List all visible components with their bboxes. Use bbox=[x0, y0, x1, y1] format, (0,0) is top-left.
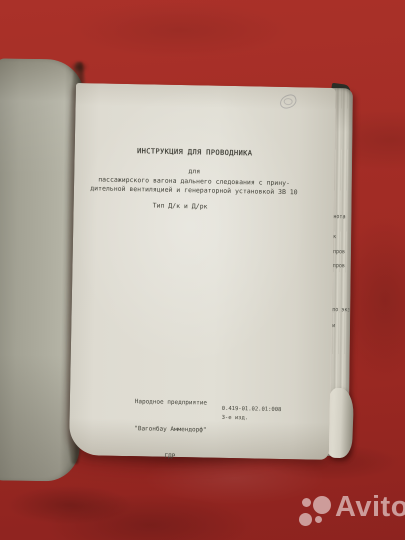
edge-text-fragment: и bbox=[332, 324, 349, 330]
photo-book-on-red-fabric: нота к пров пров по экз и ИНСТРУКЦИЯ ДЛЯ… bbox=[0, 0, 405, 540]
publisher-block: Народное предприятие "Вагонбау Аммендорф… bbox=[106, 379, 234, 480]
book-title-page: ИНСТРУКЦИЯ ДЛЯ ПРОВОДНИКА для пассажирск… bbox=[69, 83, 336, 460]
page-title: ИНСТРУКЦИЯ ДЛЯ ПРОВОДНИКА bbox=[81, 146, 309, 158]
publisher-line1: Народное предприятие bbox=[108, 397, 234, 408]
book-gutter-top-shadow bbox=[66, 60, 92, 78]
page-type-line: Тип Д/к и Д/рк bbox=[153, 201, 208, 210]
avito-logo-icon bbox=[302, 498, 311, 507]
avito-logo-icon bbox=[299, 513, 312, 526]
edge-text-fragment: пров bbox=[333, 250, 350, 256]
edge-text-fragment: пров bbox=[333, 264, 350, 270]
edge-text-fragment: к bbox=[333, 235, 350, 241]
avito-watermark-text: Avito bbox=[335, 491, 405, 523]
avito-watermark: Avito bbox=[293, 487, 403, 533]
edge-text-fragment: по экз bbox=[332, 308, 349, 314]
pencil-scribble bbox=[278, 93, 298, 110]
avito-logo-icon bbox=[313, 496, 331, 514]
publisher-line2: "Вагонбау Аммендорф" bbox=[107, 424, 233, 435]
catalog-number: 0.419-01.02.01:008 bbox=[222, 406, 282, 413]
edge-text-fragment: нота bbox=[333, 215, 350, 221]
edition-note: 3-е изд. bbox=[222, 415, 249, 422]
avito-logo-icon bbox=[315, 516, 322, 523]
publisher-line3: ГДР bbox=[107, 451, 233, 462]
